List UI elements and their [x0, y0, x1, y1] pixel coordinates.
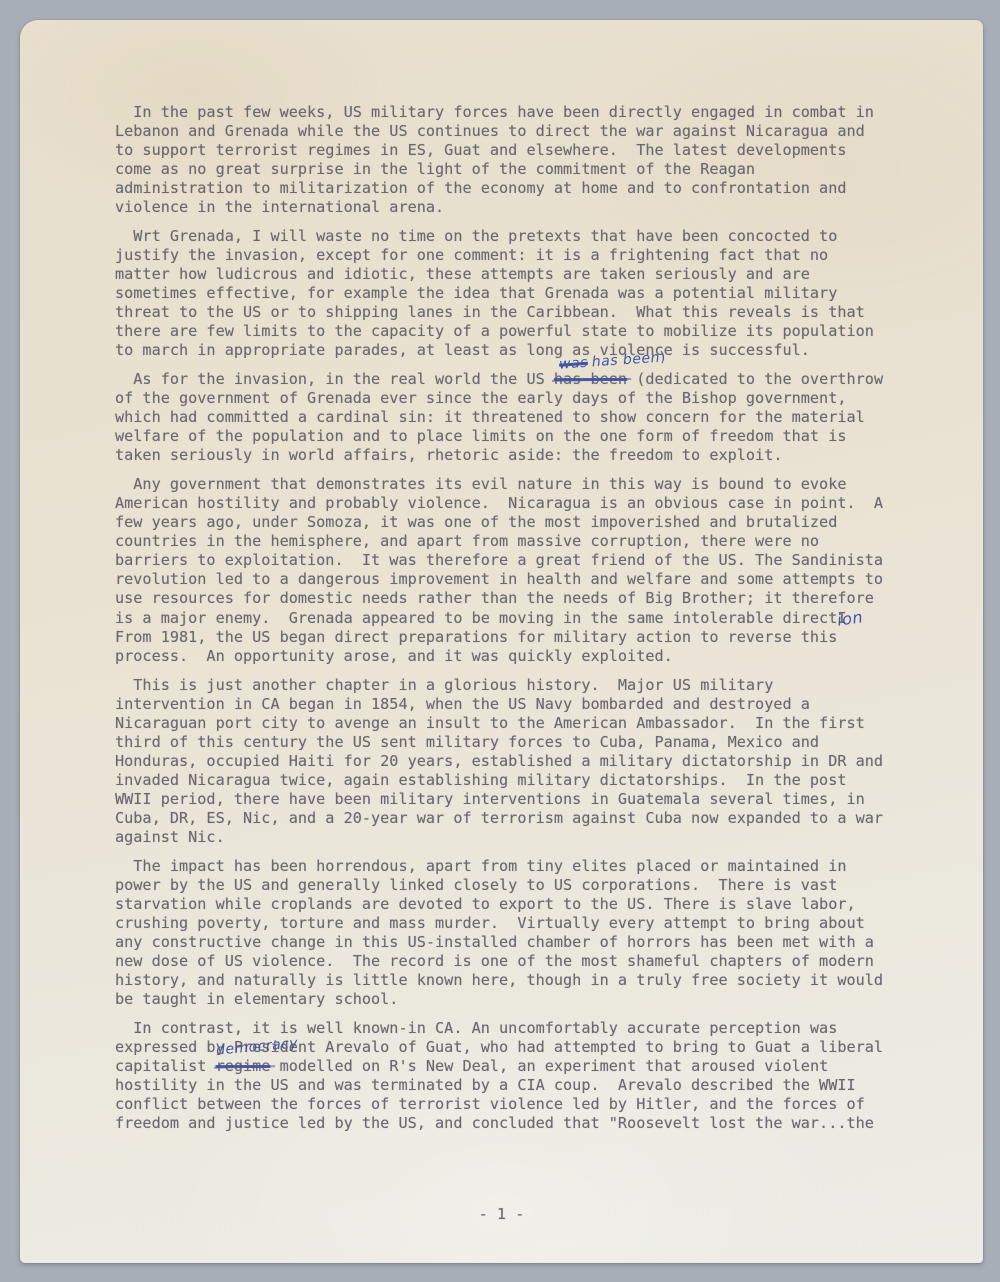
- struck-text-has-been: has been: [554, 370, 627, 388]
- paragraph-4: Any government that demonstrates its evi…: [115, 475, 925, 666]
- document-body-text: In the past few weeks, US military force…: [115, 103, 925, 1133]
- handwritten-correction-text: has been: [591, 350, 660, 371]
- paragraph-7: In contrast, it is well known-in CA. An …: [115, 1019, 925, 1133]
- page-number: - 1 -: [20, 1205, 983, 1223]
- handwritten-flourish: ): [659, 349, 666, 365]
- paragraph-2: Wrt Grenada, I will waste no time on the…: [115, 227, 925, 360]
- document-page: In the past few weeks, US military force…: [20, 20, 983, 1263]
- paragraph-1: In the past few weeks, US military force…: [115, 103, 925, 217]
- paragraph-6: The impact has been horrendous, apart fr…: [115, 857, 925, 1009]
- scanned-document-screenshot: { "page": { "backdrop_color": "#a7aeb7",…: [0, 0, 1000, 1282]
- paragraph-3: As for the invasion, in the real world t…: [115, 370, 925, 465]
- paragraph-3-text-pre: As for the invasion, in the real world t…: [115, 370, 554, 388]
- handwritten-word-ending-ion: ion: [835, 607, 863, 629]
- struck-text-regime: regime: [216, 1057, 271, 1075]
- handwritten-scribbled-word: was: [559, 355, 589, 373]
- paragraph-4-text-part1: Any government that demonstrates its evi…: [115, 475, 883, 627]
- paragraph-4-text-part2: From 1981, the US began direct preparati…: [115, 628, 837, 665]
- paragraph-5: This is just another chapter in a glorio…: [115, 676, 925, 847]
